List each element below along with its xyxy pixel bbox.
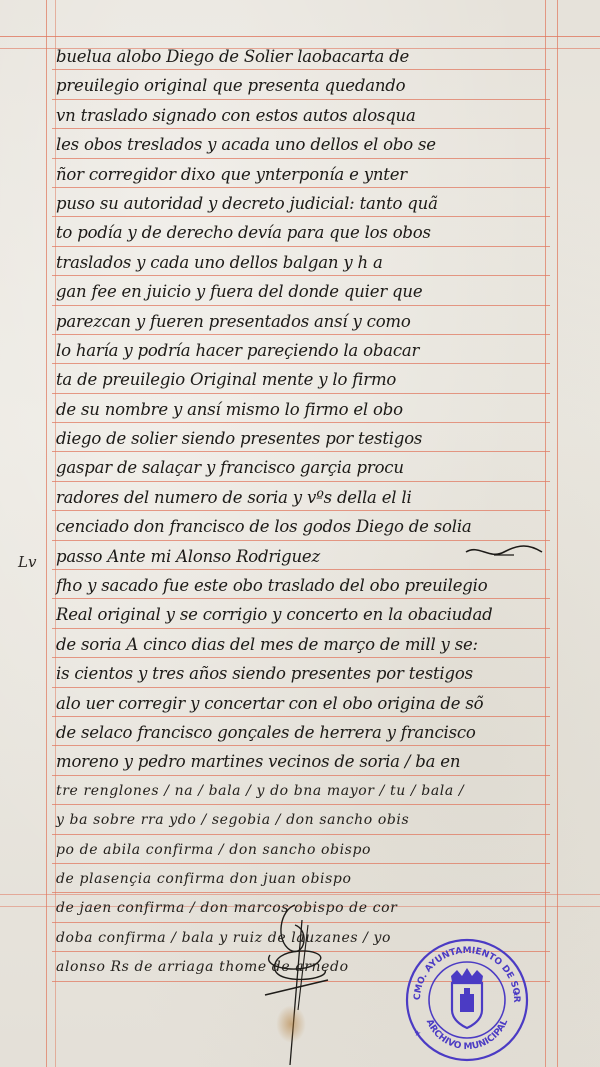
text-line: lo haría y podría hacer pareçiendo la ob… (56, 336, 548, 365)
text-line: to podía y de derecho devía para que los… (56, 218, 548, 247)
notary-text: passo Ante mi Alonso Rodriguez (56, 547, 320, 566)
margin-note: Lv (18, 553, 36, 571)
text-line: de su nombre y ansí mismo lo firmo el ob… (56, 395, 548, 424)
text-line: preuilegio original que presenta quedand… (56, 71, 548, 100)
text-line: fho y sacado fue este obo traslado del o… (56, 571, 548, 600)
text-line: buelua alobo Diego de Solier laobacarta … (56, 42, 548, 71)
flourish-icon (464, 542, 544, 562)
text-line: ñor corregidor dixo que ynterponía e ynt… (56, 160, 548, 189)
svg-text:★: ★ (414, 1029, 421, 1038)
ink-stain (276, 1005, 306, 1043)
text-line: gan fee en juicio y fuera del donde quie… (56, 277, 548, 306)
text-line: parezcan y fueren presentados ansí y com… (56, 307, 548, 336)
text-line: cenciado don francisco de los godos Dieg… (56, 512, 548, 541)
text-line: les obos treslados y acada uno dellos el… (56, 130, 548, 159)
cursive-line: y ba sobre rra ydo / segobia / don sanch… (56, 806, 548, 835)
text-line: alo uer corregir y concertar con el obo … (56, 689, 548, 718)
svg-text:★: ★ (512, 989, 519, 998)
text-line: diego de solier siendo presentes por tes… (56, 424, 548, 453)
cursive-line: po de abila confirma / don sancho obispo (56, 836, 548, 865)
text-line: vn traslado signado con estos autos alos… (56, 101, 548, 130)
text-line-notary: passo Ante mi Alonso Rodriguez (56, 542, 548, 571)
text-line: ta de preuilegio Original mente y lo fir… (56, 365, 548, 394)
stamp-top-text: EXCMO. AYUNTAMIENTO DE SORIA (402, 936, 521, 1003)
text-line: is cientos y tres años siendo presentes … (56, 659, 548, 688)
svg-text:EXCMO. AYUNTAMIENTO DE SORIA: EXCMO. AYUNTAMIENTO DE SORIA (402, 936, 521, 1003)
text-line: puso su autoridad y decreto judicial: ta… (56, 189, 548, 218)
cursive-line: de plasençia confirma don juan obispo (56, 865, 548, 894)
top-rule-1 (0, 36, 600, 37)
text-line: radores del numero de soria y vºs della … (56, 483, 548, 512)
text-line: traslados y cada uno dellos balgan y h a (56, 248, 548, 277)
cursive-line: tre renglones / na / bala / y do bna may… (56, 777, 548, 806)
text-line: de soria A cinco dias del mes de março d… (56, 630, 548, 659)
manuscript-page: buelua alobo Diego de Solier laobacarta … (0, 0, 600, 1067)
coat-of-arms-icon (451, 968, 483, 1028)
archive-stamp: EXCMO. AYUNTAMIENTO DE SORIA ARCHIVO MUN… (402, 936, 532, 1064)
manuscript-text: buelua alobo Diego de Solier laobacarta … (56, 42, 548, 983)
text-line: gaspar de salaçar y francisco garçia pro… (56, 453, 548, 482)
text-line: Real original y se corrigio y concerto e… (56, 600, 548, 629)
text-line: moreno y pedro martines vecinos de soria… (56, 747, 548, 776)
text-line: de selaco francisco gonçales de herrera … (56, 718, 548, 747)
